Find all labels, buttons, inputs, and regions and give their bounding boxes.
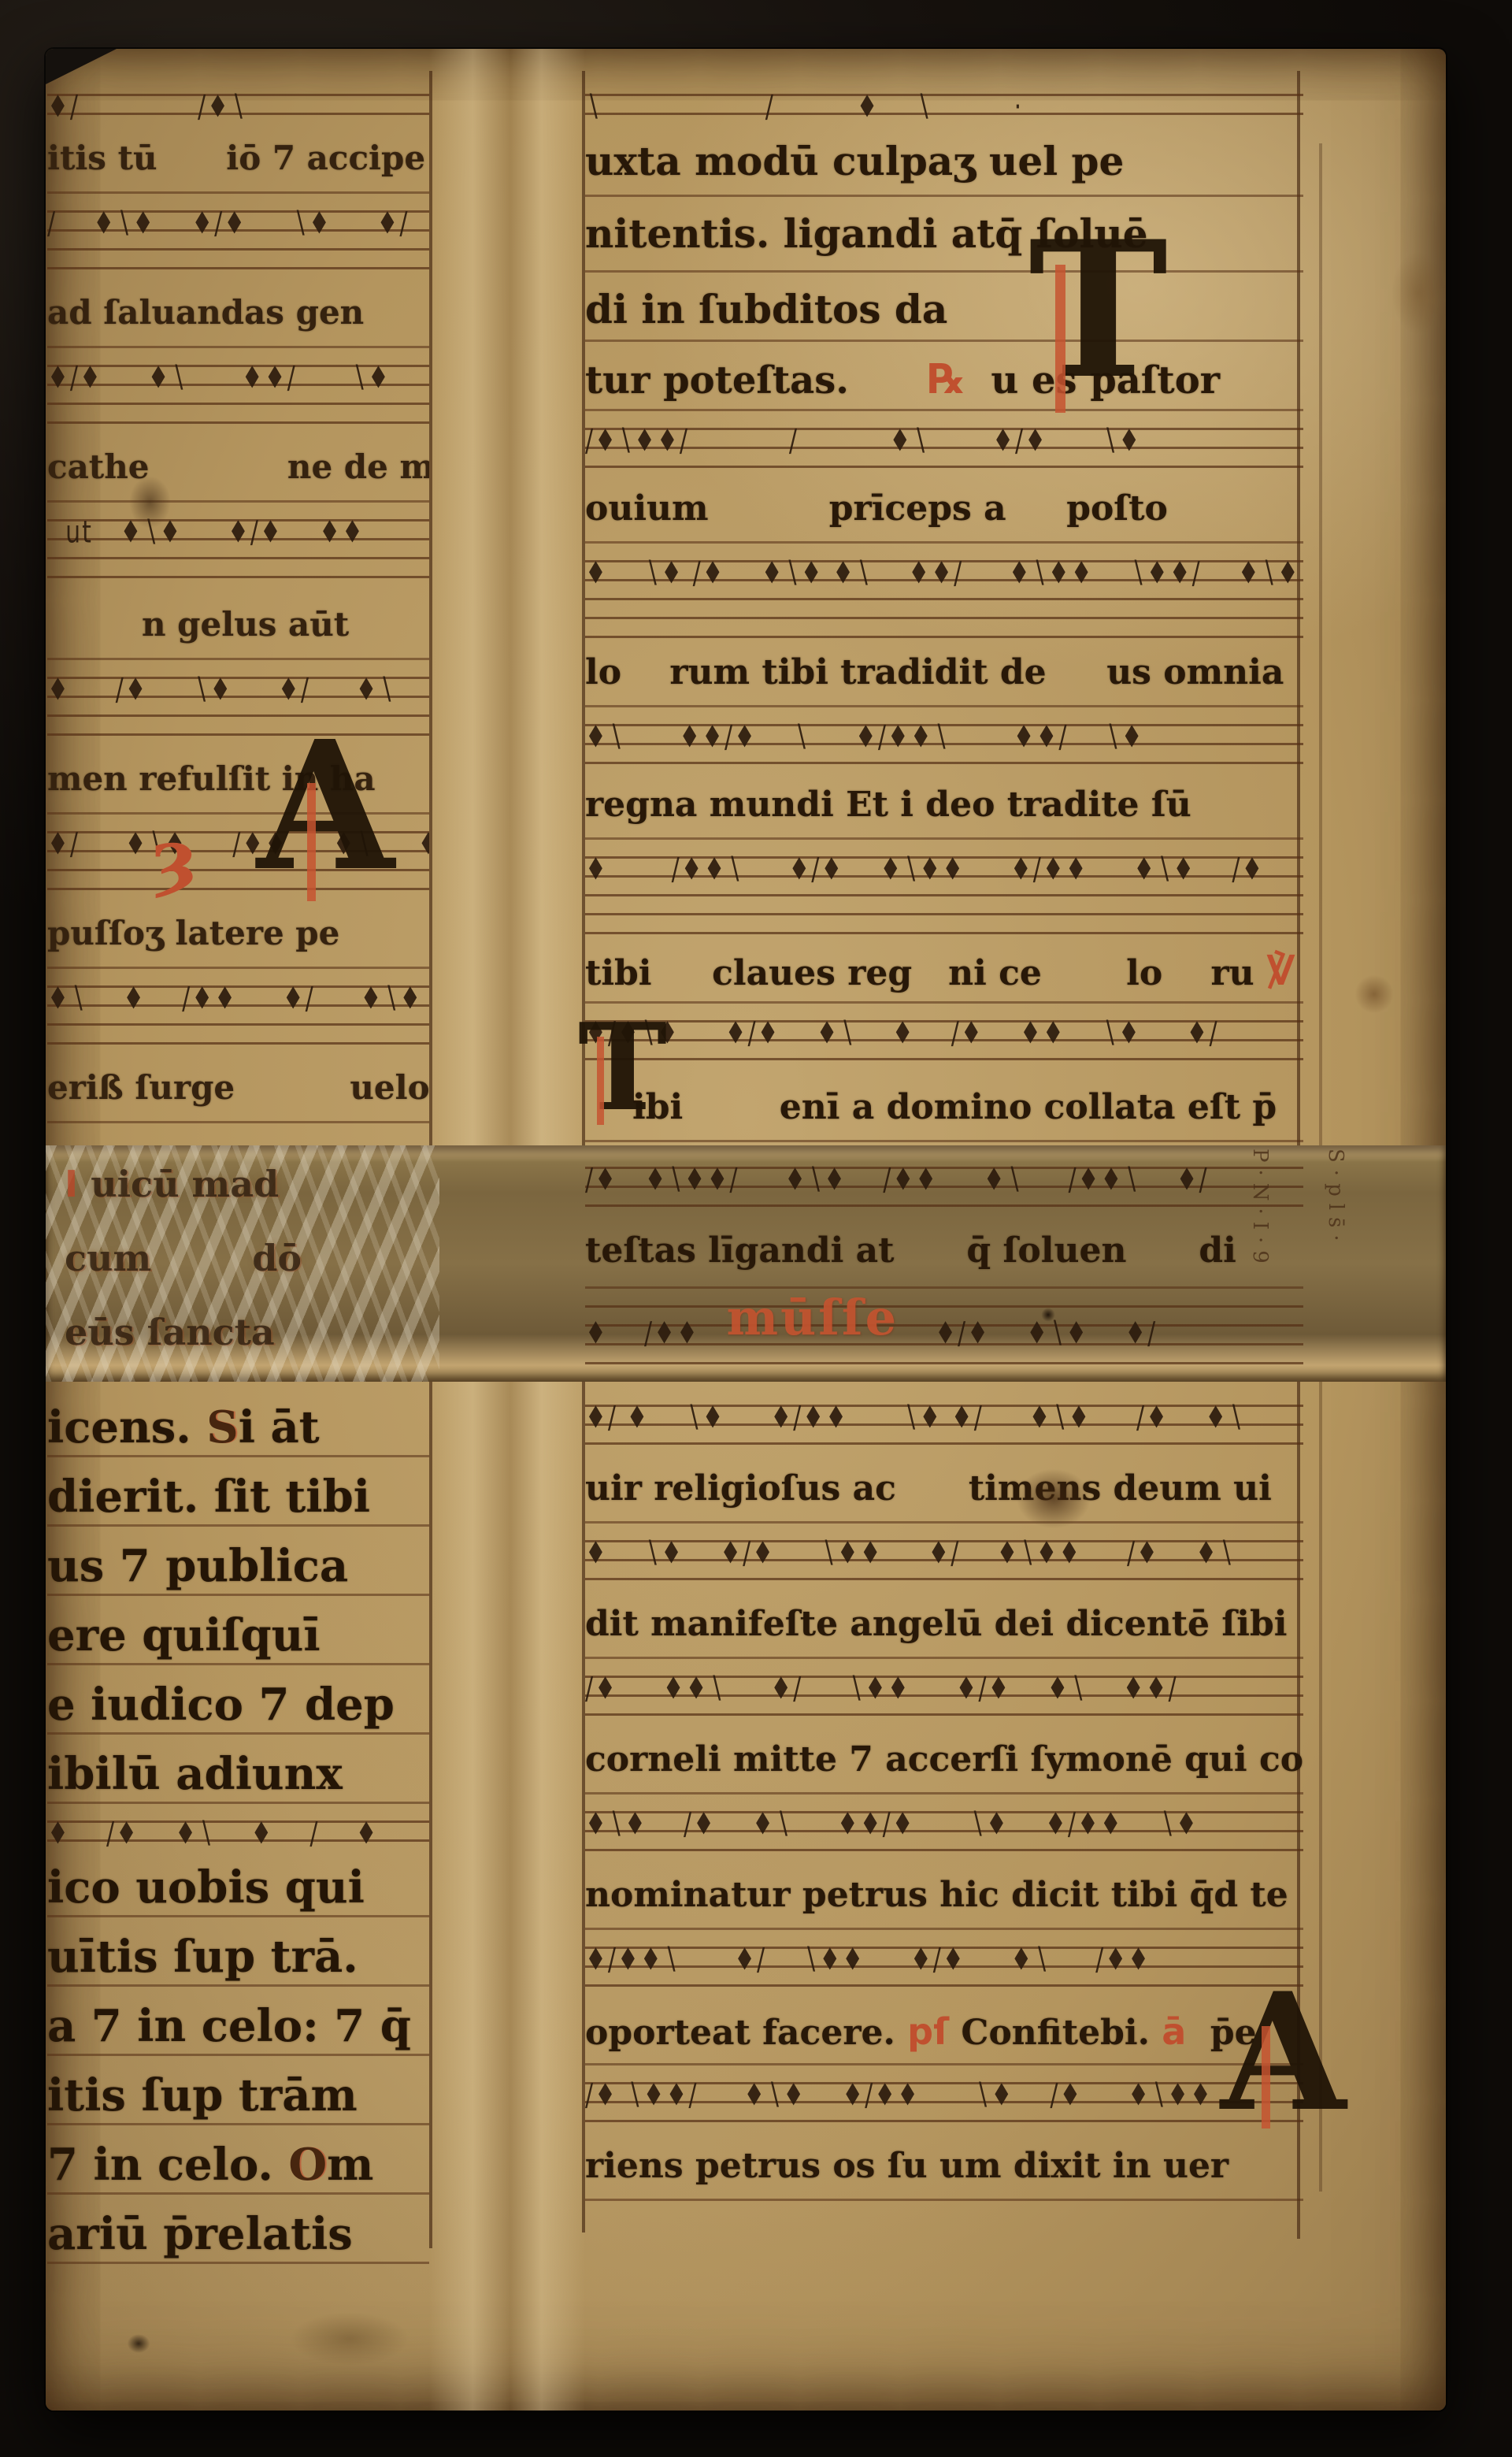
music-staff-line: ∕ ♦∖♦ ♦∕♦ ∖♦ ♦∕ (47, 194, 429, 279)
initial-letter-tibi: T (578, 1019, 667, 1115)
music-staff-line: ∕♦ ♦∖♦♦∕ ♦∖♦ ∕♦♦ ♦∖ ∕♦♦∖ ♦∕ (585, 1150, 1303, 1216)
psalm-mark: pſ (907, 2010, 949, 2053)
margin-annotation-line: P·N·I·9 (1246, 1149, 1274, 1271)
paraph-mark: ȝ (152, 827, 198, 887)
chant-text-line: itis tū iō 7 accipe (47, 124, 429, 194)
antiphon-mark: ā (1162, 2010, 1186, 2053)
left-column-strip: I uicū mad cum dō eūs ſancta (54, 1149, 430, 1371)
music-staff-line: ♦∕♦♦∖ ♦∕ ∖♦♦ ♦∕♦ ♦∖ ∕♦♦ (585, 1930, 1303, 1996)
stain (271, 2303, 428, 2374)
music-staff-line: ♦ ∖♦ ♦∕♦ ∖♦♦ ♦∕ ♦∖♦♦ ∕♦ ♦∖ (585, 1524, 1303, 1590)
music-staff-line: ♦∖♦ ∕♦ ♦∖ ♦♦∕♦ ∖♦ ♦∕♦♦ ∖♦ (585, 1795, 1303, 1861)
chant-text-line: cathe ne de ma (47, 433, 429, 503)
initial-letter-tu: T (1028, 236, 1168, 386)
right-column-lower: ♦∕ ♦ ∖♦ ♦∕♦♦ ∖♦ ♦∕ ♦∖♦ ∕♦ ♦∖ uir religio… (585, 1388, 1303, 2201)
text-line: 7 in celo. Om (47, 2125, 429, 2195)
margin-annotation: S·pls̄· P·N·I·9 (1199, 1149, 1397, 1271)
chant-text-line: oporteat facere. pſ Confitebi. ā p̄e (585, 1996, 1303, 2065)
music-staff-line: ∕♦∖♦♦∕ ∕ ♦∖ ♦∕♦ ∖♦ (585, 411, 1303, 474)
music-staff-line: ♦∕♦∖♦ ♦∕♦ ♦∖ ♦ ∕♦ ♦♦ ∖♦ ♦∕ (585, 1004, 1303, 1073)
music-staff-line: ∕♦ ∖♦♦∕ ♦∖♦ ♦∕♦♦ ∖♦ ∕♦ ♦∖♦♦ (585, 2065, 1303, 2132)
responsory-mark: ℞ (928, 356, 965, 403)
text-line: a 7 in celo: 7 q̄ (47, 1987, 429, 2056)
right-column-strip: ∕♦ ♦∖♦♦∕ ♦∖♦ ∕♦♦ ♦∖ ∕♦♦∖ ♦∕ teſtas līgan… (585, 1150, 1303, 1375)
text-line: uītis ſup trā. (47, 1917, 429, 1987)
stain (1383, 238, 1446, 348)
chant-text-line: lo rum tibi tradidit de us omnia (585, 638, 1303, 707)
text-line: ico uobis qui (47, 1848, 429, 1917)
chant-text-line: uir religioſus ac timens deum ui (585, 1454, 1303, 1524)
margin-annotation-line: S·pls̄· (1321, 1149, 1350, 1271)
music-staff-line: ♦∕♦ ♦∖ ♦♦∕ ∖♦ (47, 348, 429, 433)
right-column-upper: ∖ ∕ ♦ ∖ · uxta modū culpaʒ uel pe nitent… (585, 77, 1303, 1142)
manuscript-leaf: ♦∕ ∕♦∖ itis tū iō 7 accipe ∕ ♦∖♦ ♦∕♦ ∖♦ … (46, 49, 1446, 2411)
chant-text-line: uxta modū culpaʒ uel pe (585, 124, 1303, 197)
left-column-upper: ♦∕ ∕♦∖ itis tū iō 7 accipe ∕ ♦∖♦ ♦∕♦ ∖♦ … (47, 77, 429, 1123)
text-line: e iudico 7 dep (47, 1665, 429, 1735)
damaged-text-line: eūs ſancta (54, 1297, 430, 1371)
chant-text-line: nitentis. ligandi atq̄ ſoluē (585, 197, 1303, 273)
text-line: icens. Si āt (47, 1388, 429, 1457)
damaged-text-line: cum dō (54, 1223, 430, 1297)
stain (1347, 967, 1402, 1022)
music-staff-line: ♦ ∕♦♦∖ ♦∕♦ ♦∖♦♦ ♦∕♦♦ ♦∖♦ ∕♦ (585, 840, 1303, 934)
music-staff-line: ♦∕ ♦ ∖♦ ♦∕♦♦ ∖♦ ♦∕ ♦∖♦ ∕♦ ♦∖ (585, 1388, 1303, 1454)
music-staff-line: ♦ ∕♦♦ mūſſe ♦∕♦ ♦∖♦ ♦∕ (585, 1289, 1303, 1375)
text-line: itis ſup trām (47, 2056, 429, 2125)
chant-text-line: regna mundi Et i deo tradite ſū (585, 770, 1303, 840)
chant-text-line: nominatur petrus hic dicit tibi q̄d te (585, 1861, 1303, 1930)
chant-text-line: ouium prīceps a poſto (585, 474, 1303, 544)
music-staff-line: ♦∕ ∕♦∖ (47, 77, 429, 124)
red-touched-capital: O (288, 2139, 327, 2191)
chant-text-line: teſtas līgandi at q̄ ſoluen di (585, 1216, 1303, 1289)
text-line: ibilū adiunx (47, 1735, 429, 1804)
damaged-text-line: I uicū mad (54, 1149, 430, 1223)
music-staff-line: ♦ ∕♦ ♦∖ ♦ ∕ ♦ (47, 1804, 429, 1848)
music-staff-line: ∕♦ ♦♦∖ ♦∕ ∖♦♦ ♦∕♦ ♦∖ ♦♦∕ (585, 1659, 1303, 1725)
initial-letter-aperiens: A (1221, 1988, 1346, 2117)
left-column-lower: icens. Si āt dierit. ſit tibi us 7 publi… (47, 1388, 429, 2264)
ink-blot (124, 2332, 153, 2355)
chant-text-line: tibi claues reg ni ce lo ru ℣ (585, 934, 1303, 1004)
chant-text-line: corneli mitte 7 accerſi ſymonē qui cog (585, 1725, 1303, 1795)
music-staff-line: ∖ ∕ ♦ ∖ · (585, 77, 1303, 124)
chant-text-line: di in ſubditos da (585, 273, 1303, 342)
chant-text-line: ibi enī a domino collata eſt p̄ (585, 1073, 1303, 1142)
initial-letter-angelus: A (257, 736, 395, 878)
music-staff-line: ♦∖ ♦ ∕♦♦ ♦∕ ♦∖♦ (47, 969, 429, 1054)
music-staff-line: ut ♦∖♦ ♦∕♦ ♦♦ (47, 503, 429, 591)
text-line: us 7 publica (47, 1527, 429, 1596)
chant-text-line: tur poteſtas. ℞ u es paſtor (585, 342, 1303, 411)
text-line: dierit. ſit tibi (47, 1457, 429, 1527)
music-staff-line: ♦∖ ♦♦∕♦ ∖ ♦∕♦♦∖ ♦♦∕ ∖♦ (585, 707, 1303, 770)
chant-text-line: eriß ſurge uelo (47, 1054, 429, 1123)
text-line: ere quiſquī (47, 1596, 429, 1665)
chant-text-line: riens petrus os ſu um dixit in uer (585, 2132, 1303, 2201)
chant-text-line: n gelus aūt (47, 591, 429, 660)
chant-text-line: dit manifeſte angelū dei dicentē ſibi (585, 1590, 1303, 1659)
rubric-word: mūſſe (727, 1289, 899, 1346)
chant-text-line: ad ſaluandas gen (47, 279, 429, 348)
photograph-background: ♦∕ ∕♦∖ itis tū iō 7 accipe ∕ ♦∖♦ ♦∕♦ ∖♦ … (0, 0, 1512, 2457)
music-staff-line: ♦ ∖♦ ∕♦ ♦∖♦ ♦∖ ♦♦∕ ♦∖♦♦ ∖♦♦∕ ♦∖♦ (585, 544, 1303, 638)
text-line: ariū p̄relatis (47, 2195, 429, 2264)
red-touched-capital: S (206, 1401, 238, 1453)
versicle-mark: ℣ (1266, 948, 1296, 994)
